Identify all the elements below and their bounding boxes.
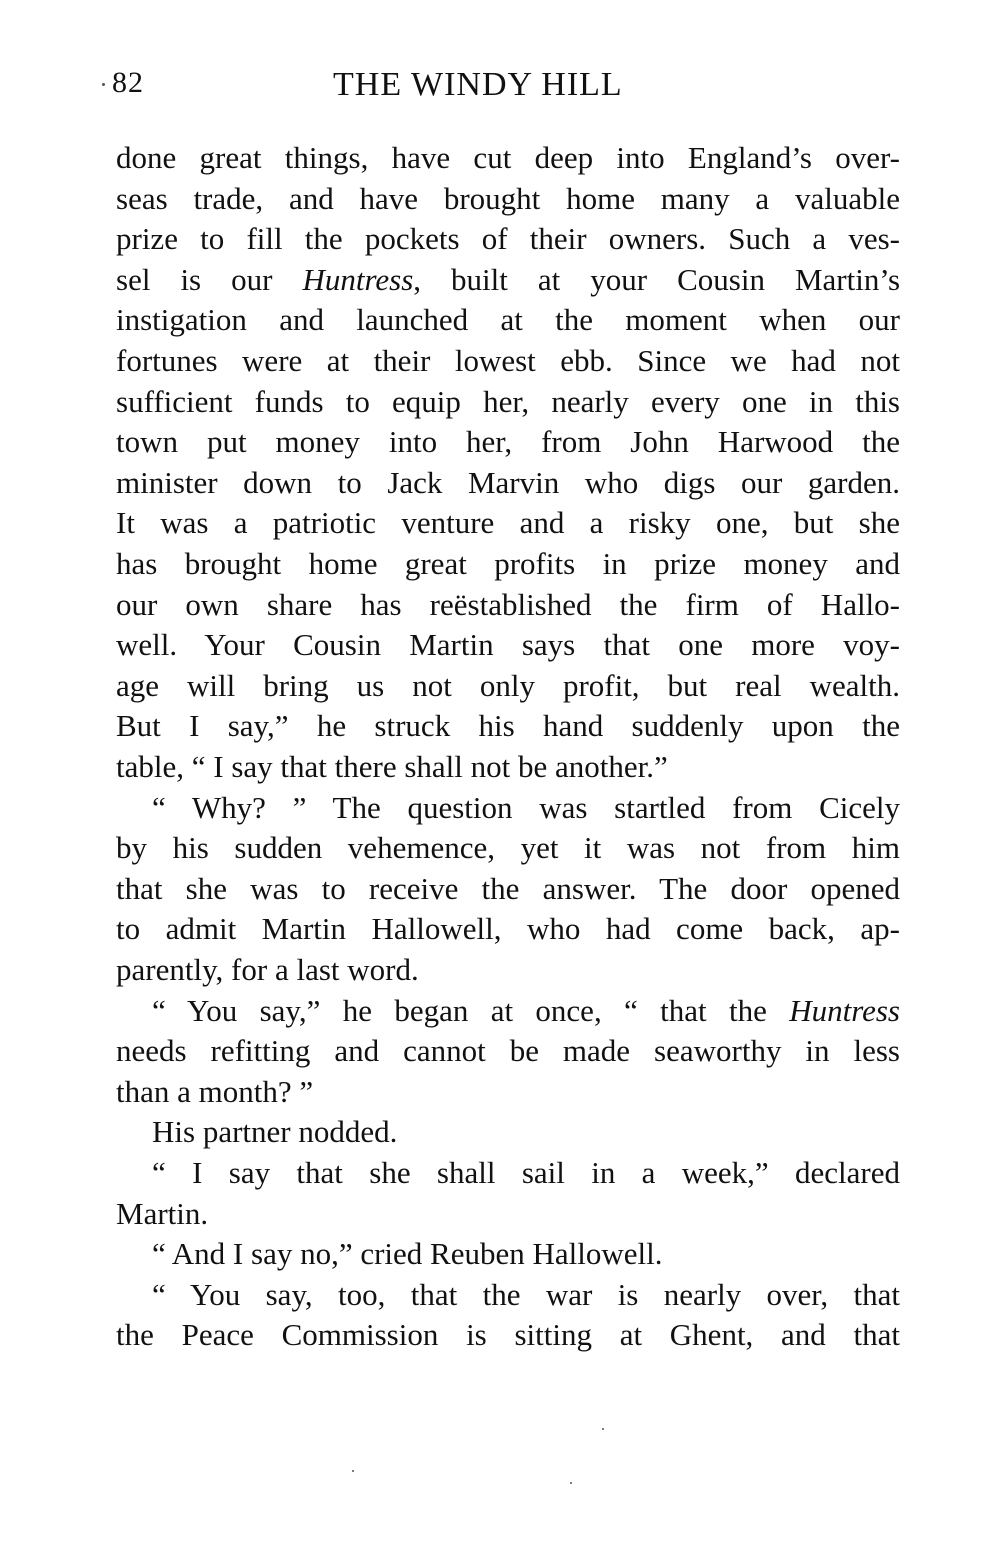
text-line: has brought home great profits in prize … bbox=[116, 544, 900, 584]
text-line: than a month? ” bbox=[116, 1072, 900, 1112]
text-line: sel is our Huntress, built at your Cousi… bbox=[116, 260, 900, 300]
text-line: prize to fill the pockets of their owner… bbox=[116, 219, 900, 259]
text-line: sufficient funds to equip her, nearly ev… bbox=[116, 382, 900, 422]
text-line: “ You say, too, that the war is nearly o… bbox=[116, 1275, 900, 1315]
italic-title: Huntress bbox=[789, 993, 900, 1028]
text-line: fortunes were at their lowest ebb. Since… bbox=[116, 341, 900, 381]
text-line: “ And I say no,” cried Reuben Hallowell. bbox=[116, 1234, 900, 1274]
text-line: seas trade, and have brought home many a… bbox=[116, 179, 900, 219]
page-mark bbox=[102, 83, 105, 86]
text-line: instigation and launched at the moment w… bbox=[116, 300, 900, 340]
running-title: THE WINDY HILL bbox=[333, 66, 623, 104]
text-line: our own share has reëstablished the firm… bbox=[116, 585, 900, 625]
scan-speck bbox=[570, 1482, 572, 1484]
text-line: minister down to Jack Marvin who digs ou… bbox=[116, 463, 900, 503]
text-line: done great things, have cut deep into En… bbox=[116, 138, 900, 178]
text-line: to admit Martin Hallowell, who had come … bbox=[116, 909, 900, 949]
text-line: “ I say that she shall sail in a week,” … bbox=[116, 1153, 900, 1193]
text-line: “ You say,” he began at once, “ that the… bbox=[116, 991, 900, 1031]
italic-title: Huntress bbox=[302, 262, 413, 297]
text-line: Martin. bbox=[116, 1194, 900, 1234]
text-line: parently, for a last word. bbox=[116, 950, 900, 990]
text-line: It was a patriotic venture and a risky o… bbox=[116, 503, 900, 543]
text-line: well. Your Cousin Martin says that one m… bbox=[116, 625, 900, 665]
book-page: 82 THE WINDY HILL done great things, hav… bbox=[0, 0, 984, 1546]
text-line: that she was to receive the answer. The … bbox=[116, 869, 900, 909]
text-line: table, “ I say that there shall not be a… bbox=[116, 747, 900, 787]
text-line: But I say,” he struck his hand suddenly … bbox=[116, 706, 900, 746]
text-line: age will bring us not only profit, but r… bbox=[116, 666, 900, 706]
scan-speck bbox=[352, 1470, 354, 1472]
text-line: His partner nodded. bbox=[116, 1112, 900, 1152]
text-line: the Peace Commission is sitting at Ghent… bbox=[116, 1315, 900, 1355]
scan-speck bbox=[602, 1428, 604, 1430]
text-line: needs refitting and cannot be made seawo… bbox=[116, 1031, 900, 1071]
page-number: 82 bbox=[112, 66, 144, 100]
text-line: “ Why? ” The question was startled from … bbox=[116, 788, 900, 828]
text-line: by his sudden vehemence, yet it was not … bbox=[116, 828, 900, 868]
text-line: town put money into her, from John Harwo… bbox=[116, 422, 900, 462]
